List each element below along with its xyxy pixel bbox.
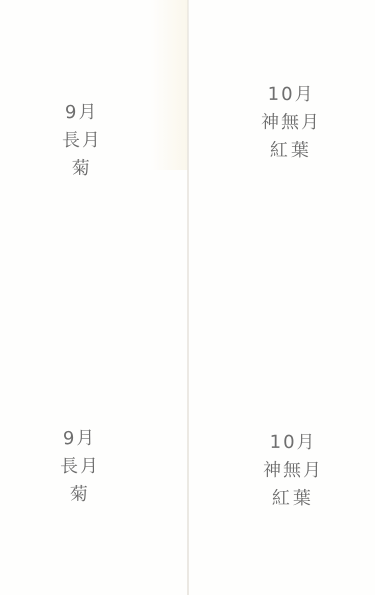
seasonal-symbol: 紅葉 [233, 485, 353, 513]
seasonal-symbol: 菊 [22, 154, 142, 183]
seasonal-symbol: 紅葉 [231, 137, 351, 166]
month-number-label: 10月 [233, 429, 353, 457]
month-number-label: 10月 [231, 81, 351, 110]
month-number-label: 9月 [22, 98, 142, 127]
traditional-month-name: 神無月 [233, 457, 353, 485]
traditional-month-name: 長月 [20, 452, 140, 482]
traditional-month-name: 神無月 [231, 109, 351, 138]
fold-shading [150, 0, 188, 170]
flashcard-october-bottom: 10月 神無月 紅葉 [233, 429, 353, 513]
scanned-notebook-page: 9月 長月 菊 10月 神無月 紅葉 9月 長月 菊 10月 神無月 紅葉 [0, 0, 375, 595]
month-number-label: 9月 [19, 424, 139, 454]
page-fold-line [187, 0, 189, 595]
seasonal-symbol: 菊 [20, 480, 140, 510]
traditional-month-name: 長月 [22, 126, 142, 155]
flashcard-october-top: 10月 神無月 紅葉 [231, 81, 351, 166]
flashcard-september-top: 9月 長月 菊 [22, 98, 143, 183]
flashcard-september-bottom: 9月 長月 菊 [19, 424, 140, 510]
